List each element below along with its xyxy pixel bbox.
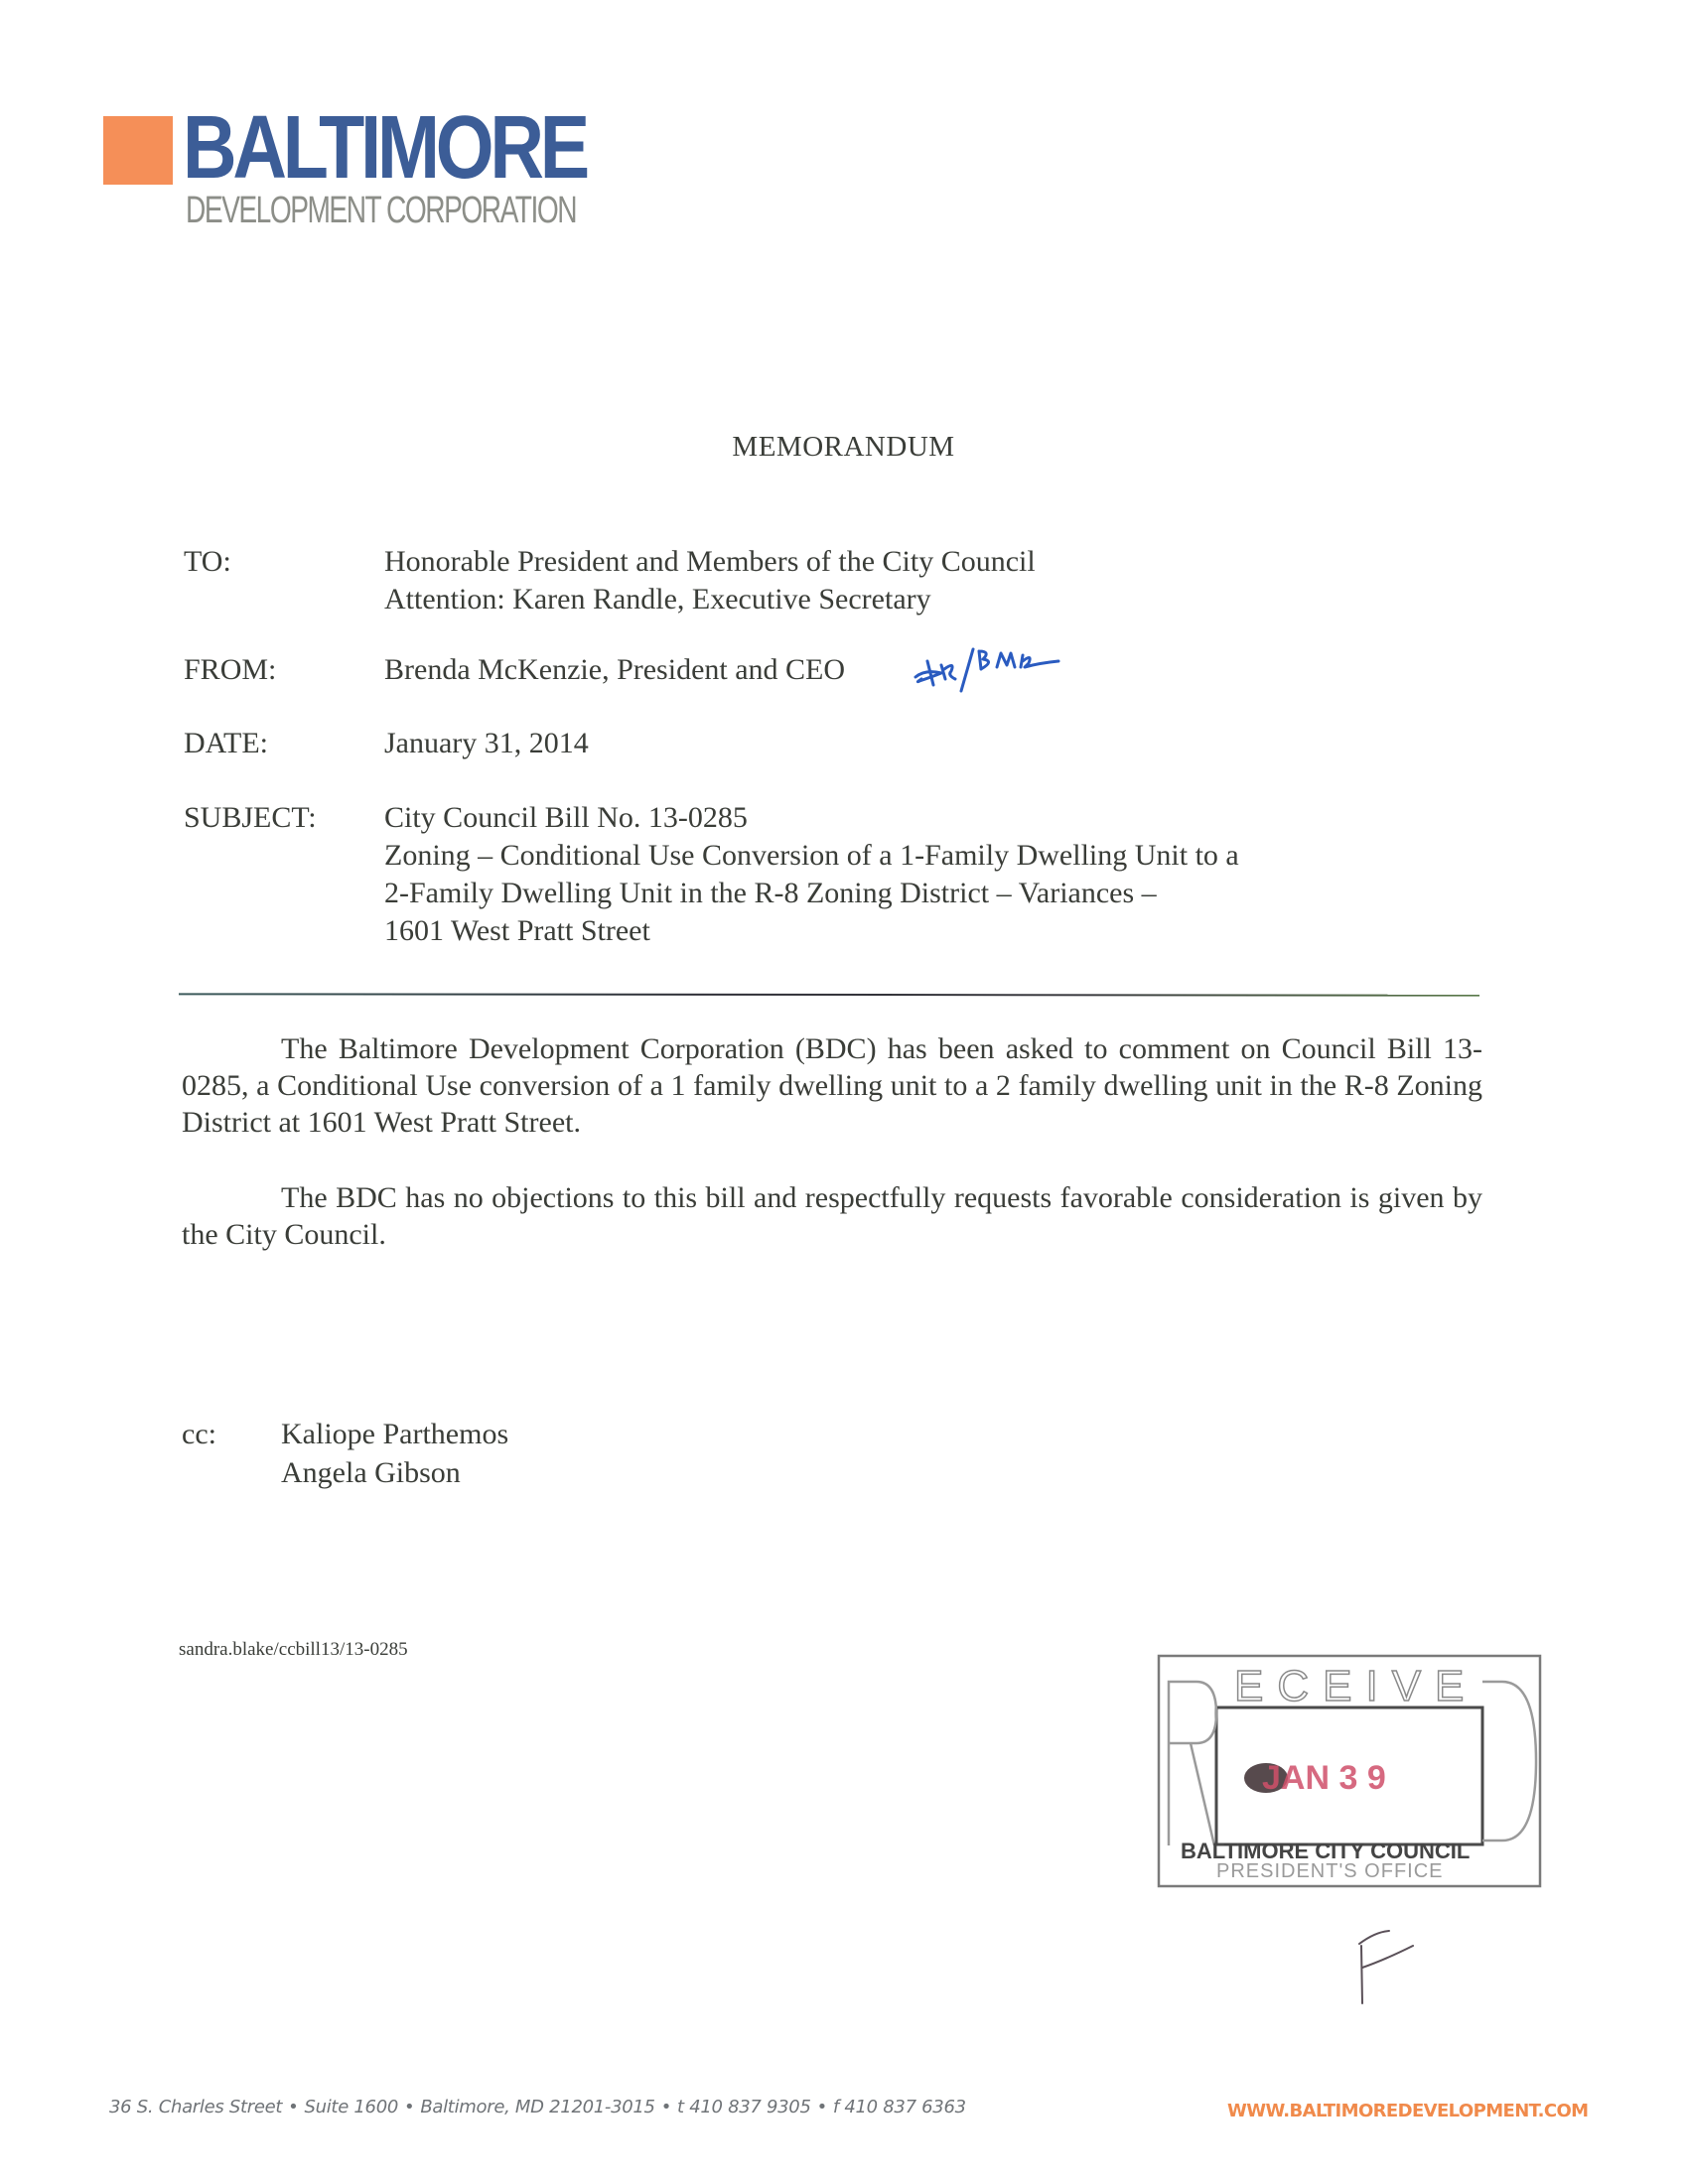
date-value: January 31, 2014 [384, 725, 589, 762]
logo-wordmark: BALTIMORE [183, 103, 586, 193]
stamp-line-2: PRESIDENT'S OFFICE [1216, 1860, 1444, 1883]
to-recipients: Honorable President and Members of the C… [384, 543, 1036, 618]
memo-title: MEMORANDUM [0, 431, 1687, 464]
cc-label: cc: [182, 1415, 216, 1453]
subject-line: 2-Family Dwelling Unit in the R-8 Zoning… [384, 875, 1239, 912]
handwritten-initials [912, 643, 1060, 693]
footer-website-link[interactable]: WWW.BALTIMOREDEVELOPMENT.COM [1227, 2101, 1589, 2121]
subject-label: SUBJECT: [184, 799, 317, 837]
date-label: DATE: [184, 725, 268, 762]
from-label: FROM: [184, 651, 276, 689]
file-reference: sandra.blake/ccbill13/13-0285 [179, 1638, 408, 1662]
from-value: Brenda McKenzie, President and CEO [384, 651, 845, 689]
subject-line: City Council Bill No. 13-0285 [384, 799, 1239, 837]
cc-name: Kaliope Parthemos [281, 1415, 508, 1453]
cc-name: Angela Gibson [281, 1453, 508, 1492]
footer-address: 36 S. Charles Street•Suite 1600•Baltimor… [109, 2097, 966, 2117]
subject-value: City Council Bill No. 13-0285 Zoning – C… [384, 799, 1239, 950]
logo-square [103, 116, 173, 185]
stamp-word: ECEIVE [1234, 1662, 1477, 1711]
cc-list: Kaliope Parthemos Angela Gibson [281, 1415, 508, 1492]
body-paragraph-2: The BDC has no objections to this bill a… [182, 1179, 1482, 1253]
header-divider [179, 993, 1479, 996]
received-stamp: ECEIVE JAN 3 9 BALTIMORE CITY COUNCIL PR… [1155, 1652, 1544, 1890]
subject-line: Zoning – Conditional Use Conversion of a… [384, 837, 1239, 875]
body-paragraph-1: The Baltimore Development Corporation (B… [182, 1030, 1482, 1141]
handwritten-mark [1355, 1926, 1425, 2005]
to-line: Honorable President and Members of the C… [384, 543, 1036, 581]
logo-subtitle: DEVELOPMENT CORPORATION [186, 192, 576, 229]
to-line: Attention: Karen Randle, Executive Secre… [384, 581, 1036, 618]
subject-line: 1601 West Pratt Street [384, 912, 1239, 950]
to-label: TO: [184, 543, 231, 581]
stamp-date: JAN 3 9 [1262, 1759, 1386, 1798]
